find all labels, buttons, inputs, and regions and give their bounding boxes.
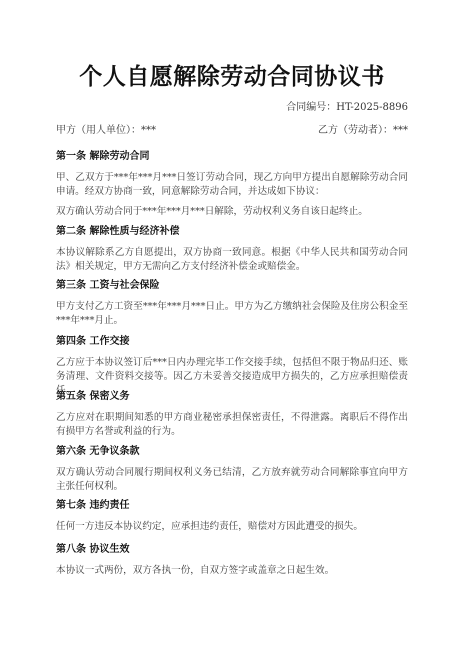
section-2-paragraph-1: 本协议解除系乙方自愿提出，双方协商一致同意。根据《中华人民共和国劳动合同法》相关… (56, 246, 408, 274)
section-8-paragraph-1: 本协议一式两份，双方各执一份，自双方签字或盖章之日起生效。 (56, 564, 408, 578)
section-heading-5: 第五条 保密义务 (56, 390, 129, 404)
section-6-paragraph-1: 双方确认劳动合同履行期间权利义务已结清，乙方放弃就劳动合同解除事宜向甲方主张任何… (56, 466, 408, 494)
section-heading-1: 第一条 解除劳动合同 (56, 150, 149, 164)
party-b: 乙方（劳动者）：*** (318, 124, 408, 138)
section-heading-7: 第七条 违约责任 (56, 499, 129, 513)
section-heading-6: 第六条 无争议条款 (56, 445, 139, 459)
section-3-paragraph-1: 甲方支付乙方工资至***年***月***日止。甲方为乙方缴纳社会保险及住房公积金… (56, 300, 408, 328)
parties-row: 甲方（用人单位）：*** 乙方（劳动者）：*** (56, 124, 408, 138)
section-heading-3: 第三条 工资与社会保险 (56, 279, 159, 293)
section-5-paragraph-1: 乙方应对在职期间知悉的甲方商业秘密承担保密责任，不得泄露。离职后不得作出有损甲方… (56, 411, 408, 439)
contract-number: 合同编号：HT-2025-8896 (286, 101, 408, 115)
party-a: 甲方（用人单位）：*** (56, 124, 156, 138)
document-title: 个人自愿解除劳动合同协议书 (56, 63, 408, 91)
section-heading-8: 第八条 协议生效 (56, 543, 129, 557)
section-heading-4: 第四条 工作交接 (56, 335, 129, 349)
section-heading-2: 第二条 解除性质与经济补偿 (56, 225, 179, 239)
section-1-paragraph-2: 双方确认劳动合同于***年***月***日解除，劳动权利义务自该日起终止。 (56, 205, 408, 219)
section-7-paragraph-1: 任何一方违反本协议约定，应承担违约责任，赔偿对方因此遭受的损失。 (56, 520, 408, 534)
section-1-paragraph-1: 甲、乙双方于***年***月***日签订劳动合同，现乙方向甲方提出自愿解除劳动合… (56, 171, 408, 199)
